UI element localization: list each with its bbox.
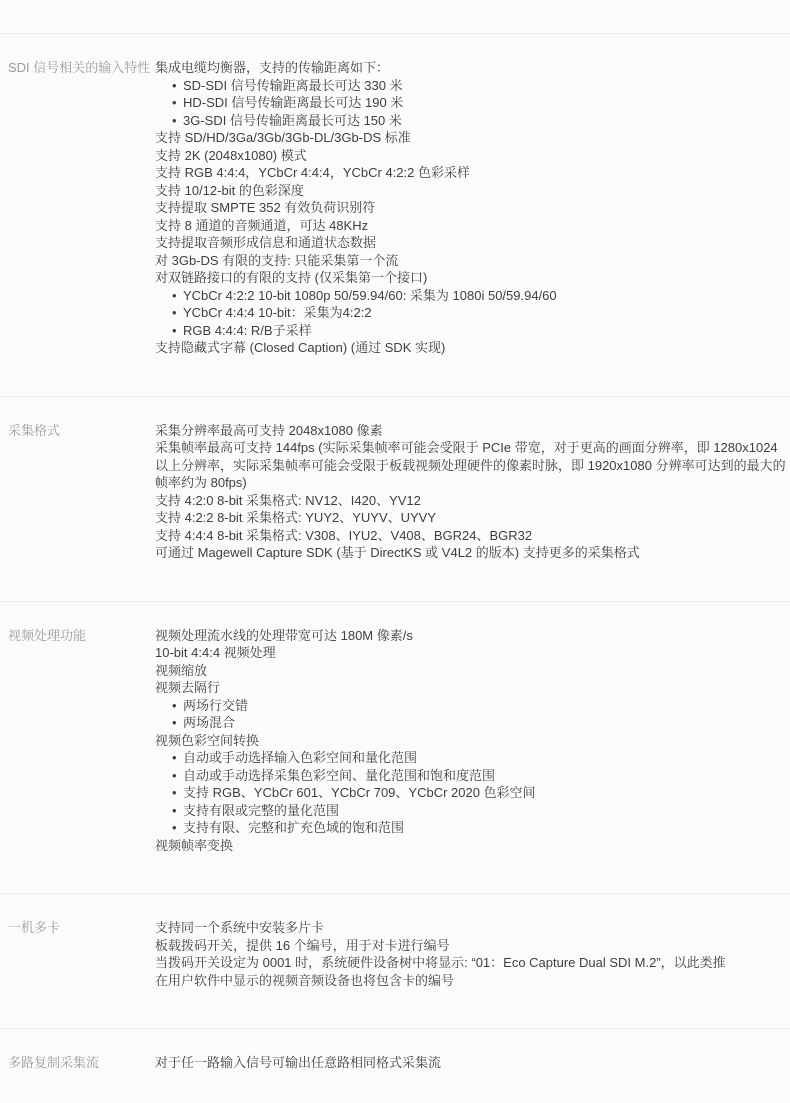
spec-line: 采集分辨率最高可支持 2048x1080 像素 (155, 422, 788, 440)
section-label-cell: 多路复制采集流 (0, 1054, 155, 1072)
spec-line: 支持提取 SMPTE 352 有效负荷识别符 (155, 199, 788, 217)
spec-line: 对双链路接口的有限的支持 (仅采集第一个接口) (155, 269, 788, 287)
spec-bullet-list: 两场行交错两场混合 (155, 697, 788, 732)
section-label-cell: 一机多卡 (0, 919, 155, 937)
spec-line: 视频色彩空间转换 (155, 732, 788, 750)
spec-bullet-item: 支持有限或完整的量化范围 (183, 802, 788, 820)
section-row: SDI 信号相关的输入特性集成电缆均衡器，支持的传输距离如下：SD-SDI 信号… (0, 33, 790, 396)
section-content: 采集分辨率最高可支持 2048x1080 像素采集帧率最高可支持 144fps … (155, 422, 790, 562)
spec-line: 支持 4:2:2 8-bit 采集格式: YUY2、YUYV、UYVY (155, 509, 788, 527)
spec-line: 对于任一路输入信号可输出任意路相同格式采集流 (155, 1054, 788, 1072)
spec-line: 视频去隔行 (155, 679, 788, 697)
section-content: 集成电缆均衡器，支持的传输距离如下：SD-SDI 信号传输距离最长可达 330 … (155, 59, 790, 357)
spec-table: SDI 信号相关的输入特性集成电缆均衡器，支持的传输距离如下：SD-SDI 信号… (0, 0, 790, 1103)
spec-bullet-item: 3G-SDI 信号传输距离最长可达 150 米 (183, 112, 788, 130)
spec-bullet-item: 自动或手动选择采集色彩空间、量化范围和饱和度范围 (183, 767, 788, 785)
section-row: 视频处理功能视频处理流水线的处理带宽可达 180M 像素/s10-bit 4:4… (0, 601, 790, 894)
spec-line: 视频处理流水线的处理带宽可达 180M 像素/s (155, 627, 788, 645)
section-content: 对于任一路输入信号可输出任意路相同格式采集流 (155, 1054, 790, 1072)
spec-line: 支持 10/12-bit 的色彩深度 (155, 182, 788, 200)
spec-line: 板载拨码开关，提供 16 个编号，用于对卡进行编号 (155, 937, 788, 955)
section-row: 多路复制采集流对于任一路输入信号可输出任意路相同格式采集流 (0, 1028, 790, 1103)
spec-line: 支持隐藏式字幕 (Closed Caption) (通过 SDK 实现) (155, 339, 788, 357)
section-label-cell: 视频处理功能 (0, 627, 155, 645)
spec-line: 支持提取音频形成信息和通道状态数据 (155, 234, 788, 252)
spec-bullet-item: YCbCr 4:4:4 10-bit：采集为4:2:2 (183, 304, 788, 322)
section-label-cell: SDI 信号相关的输入特性 (0, 59, 155, 77)
spec-line: 集成电缆均衡器，支持的传输距离如下： (155, 59, 788, 77)
spec-line: 视频帧率变换 (155, 837, 788, 855)
spec-line: 在用户软件中显示的视频音频设备也将包含卡的编号 (155, 972, 788, 990)
spec-line: 支持 8 通道的音频通道，可达 48KHz (155, 217, 788, 235)
spec-bullet-item: 两场混合 (183, 714, 788, 732)
spec-bullet-item: 自动或手动选择输入色彩空间和量化范围 (183, 749, 788, 767)
section-label: 视频处理功能 (8, 627, 155, 645)
section-label-cell: 采集格式 (0, 422, 155, 440)
spec-line: 支持 SD/HD/3Ga/3Gb/3Gb-DL/3Gb-DS 标准 (155, 129, 788, 147)
spec-bullet-item: 支持 RGB、YCbCr 601、YCbCr 709、YCbCr 2020 色彩… (183, 784, 788, 802)
spec-bullet-item: RGB 4:4:4: R/B子采样 (183, 322, 788, 340)
spec-line: 支持 RGB 4:4:4，YCbCr 4:4:4，YCbCr 4:2:2 色彩采… (155, 164, 788, 182)
section-label: 采集格式 (8, 422, 155, 440)
spec-bullet-list: 自动或手动选择输入色彩空间和量化范围自动或手动选择采集色彩空间、量化范围和饱和度… (155, 749, 788, 837)
spec-bullet-list: YCbCr 4:2:2 10-bit 1080p 50/59.94/60: 采集… (155, 287, 788, 340)
spec-line: 当拨码开关设定为 0001 时，系统硬件设备树中将显示: “01：Eco Cap… (155, 954, 788, 972)
spec-line: 支持同一个系统中安装多片卡 (155, 919, 788, 937)
section-row: 一机多卡支持同一个系统中安装多片卡板载拨码开关，提供 16 个编号，用于对卡进行… (0, 893, 790, 1028)
spec-line: 采集帧率最高可支持 144fps (实际采集帧率可能会受限于 PCIe 带宽，对… (155, 439, 788, 492)
spec-line: 支持 4:4:4 8-bit 采集格式: V308、IYU2、V408、BGR2… (155, 527, 788, 545)
spec-bullet-item: YCbCr 4:2:2 10-bit 1080p 50/59.94/60: 采集… (183, 287, 788, 305)
section-label: 一机多卡 (8, 919, 155, 937)
spec-line: 10-bit 4:4:4 视频处理 (155, 644, 788, 662)
spec-bullet-item: 两场行交错 (183, 697, 788, 715)
spec-bullet-item: HD-SDI 信号传输距离最长可达 190 米 (183, 94, 788, 112)
section-label: 多路复制采集流 (8, 1054, 155, 1072)
spec-bullet-item: 支持有限、完整和扩充色域的饱和范围 (183, 819, 788, 837)
section-content: 支持同一个系统中安装多片卡板载拨码开关，提供 16 个编号，用于对卡进行编号当拨… (155, 919, 790, 989)
section-row: 采集格式采集分辨率最高可支持 2048x1080 像素采集帧率最高可支持 144… (0, 396, 790, 601)
section-content: 视频处理流水线的处理带宽可达 180M 像素/s10-bit 4:4:4 视频处… (155, 627, 790, 855)
section-label: SDI 信号相关的输入特性 (8, 59, 155, 77)
spec-bullet-list: SD-SDI 信号传输距离最长可达 330 米HD-SDI 信号传输距离最长可达… (155, 77, 788, 130)
spec-line: 视频缩放 (155, 662, 788, 680)
spec-line: 对 3Gb-DS 有限的支持: 只能采集第一个流 (155, 252, 788, 270)
spec-line: 支持 4:2:0 8-bit 采集格式: NV12、I420、YV12 (155, 492, 788, 510)
spec-line: 可通过 Magewell Capture SDK (基于 DirectKS 或 … (155, 544, 788, 562)
spec-line: 支持 2K (2048x1080) 模式 (155, 147, 788, 165)
spec-bullet-item: SD-SDI 信号传输距离最长可达 330 米 (183, 77, 788, 95)
